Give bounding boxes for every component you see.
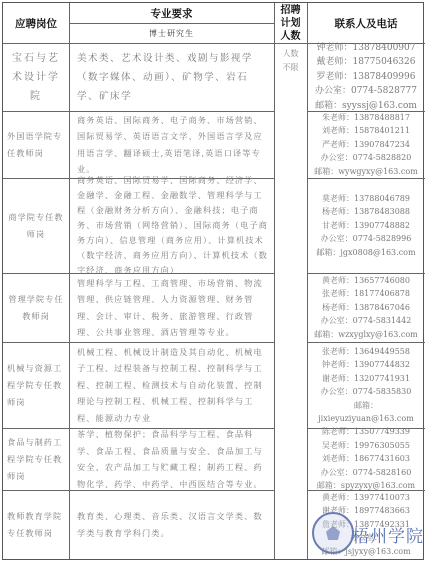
position-cell: 外国语学院专任教师岗 xyxy=(3,111,69,178)
contact-line: 严老师：13907847234 xyxy=(322,138,410,152)
contact-line: 办公室：0774-5831442 xyxy=(321,314,412,328)
majors-cell: 机械工程、机械设计制造及其自动化、机械电子工程、过程装备与控制工程、控制科学与工… xyxy=(69,342,274,428)
position-cell: 教师教育学院专任教师岗 xyxy=(3,490,69,559)
header-major-requirement: 专业要求 xyxy=(69,3,274,23)
contact-cell: 朱老师：13878488817 刘老师：15878401211 严老师：1390… xyxy=(307,111,425,178)
contact-line: 杨老师：13878483088 xyxy=(322,205,410,219)
recruitment-table: 应聘岗位 专业要求 博士研究生 招聘计划人数 联系人及电话 人数不限 宝石与艺术… xyxy=(2,2,424,560)
contact-line: 张老师：18177406878 xyxy=(322,287,410,301)
position-cell: 宝石与艺术设计学院 xyxy=(3,43,69,111)
contact-line: 办公室：0774-5828777 xyxy=(315,84,417,99)
contact-email: jixieyuziyuan@163.com xyxy=(318,412,414,426)
contact-email: 邮箱：wywgyxy@163.com xyxy=(314,165,418,179)
contact-line: 黄老师：13977410073 xyxy=(322,491,410,505)
contact-line: 杨老师：13878467046 xyxy=(322,301,410,315)
header-contact: 联系人及电话 xyxy=(307,3,425,43)
contact-line: 邮箱： xyxy=(354,399,378,413)
contact-cell: 张老师：13649449558 钟老师：13907744832 谢老师：1320… xyxy=(307,342,425,428)
contact-cell: 陈老师：13507749339 吴老师：19976305055 刘老师：1867… xyxy=(307,428,425,490)
contact-line: 办公室：0774-5828820 xyxy=(321,151,412,165)
contact-line: 钟老师：13907744832 xyxy=(322,358,410,372)
watermark: 梧州学院 xyxy=(352,522,424,547)
contact-cell: 莫老师：13788046789 杨老师：13878483088 甘老师：1390… xyxy=(307,178,425,273)
contact-email: 邮箱：jgx0808@163.com xyxy=(316,246,415,260)
majors-cell: 商务英语、国际贸易学、国际商务、经济学、金融学、金融工程、金融数学、管理科学与工… xyxy=(69,178,274,273)
majors-cell: 商务英语、国际商务、电子商务、市场营销、国际贸易学、英语语言文学、外国语言学及应… xyxy=(69,111,274,178)
contact-line: 办公室：0774-5828160 xyxy=(321,466,412,480)
contact-line: 朱老师：13878488817 xyxy=(322,111,410,125)
contact-line: 莫老师：13788046789 xyxy=(322,192,410,206)
contact-line: 陈老师：13507749339 xyxy=(322,425,410,439)
contact-line: 张老师：13649449558 xyxy=(322,345,410,359)
contact-line: 办公室：0774-5828996 xyxy=(321,232,412,246)
contact-line: 刘老师：15878401211 xyxy=(322,124,410,138)
contact-line: 吴老师：19976305055 xyxy=(322,439,410,453)
contact-email: 邮箱：wzxyglxy@163.com xyxy=(314,328,418,342)
majors-cell: 茶学、植物保护；食品科学与工程、食品科学、食品工程、食品质量与安全、食品加工与安… xyxy=(69,428,274,490)
contact-line: 黄老师：13657746080 xyxy=(322,274,410,288)
header-quota: 招聘计划人数 xyxy=(274,3,307,43)
contact-line: 办公室：0774-5835830 xyxy=(321,385,412,399)
university-seal-icon xyxy=(312,512,354,554)
contact-line: 罗老师：13878409996 xyxy=(317,70,416,85)
position-cell: 商学院专任教师岗 xyxy=(3,178,69,273)
quota-value: 人数不限 xyxy=(274,43,307,111)
contact-line: 甘老师：13907748882 xyxy=(322,219,410,233)
position-cell: 食品与制药工程学院专任教师岗 xyxy=(3,428,69,490)
majors-cell: 管理科学与工程、工商管理、市场营销、物流管理、供应链管理、人力资源管理、财务管理… xyxy=(69,273,274,342)
position-cell: 管理学院专任教师岗 xyxy=(3,273,69,342)
contact-line: 刘老师：18677431603 xyxy=(322,452,410,466)
header-position: 应聘岗位 xyxy=(3,3,69,43)
majors-cell: 教育类、心理类、音乐类、汉语言文学类、数学类与教育学科门类。 xyxy=(69,490,274,559)
contact-cell: 黄老师：13657746080 张老师：18177406878 杨老师：1387… xyxy=(307,273,425,342)
contact-line: 戴老师：18775046326 xyxy=(317,55,416,70)
contact-line: 谢老师：13207741931 xyxy=(322,372,410,386)
contact-cell: 钟老师：13878400907 戴老师：18775046326 罗老师：1387… xyxy=(307,43,425,111)
position-cell: 机械与资源工程学院专任教师岗 xyxy=(3,342,69,428)
header-degree: 博士研究生 xyxy=(69,23,274,43)
contact-line: 钟老师：13878400907 xyxy=(317,41,416,56)
majors-cell: 美术类、艺术设计类、戏剧与影视学（数字媒体、动画）、矿物学、岩石学、矿床学 xyxy=(69,43,274,111)
